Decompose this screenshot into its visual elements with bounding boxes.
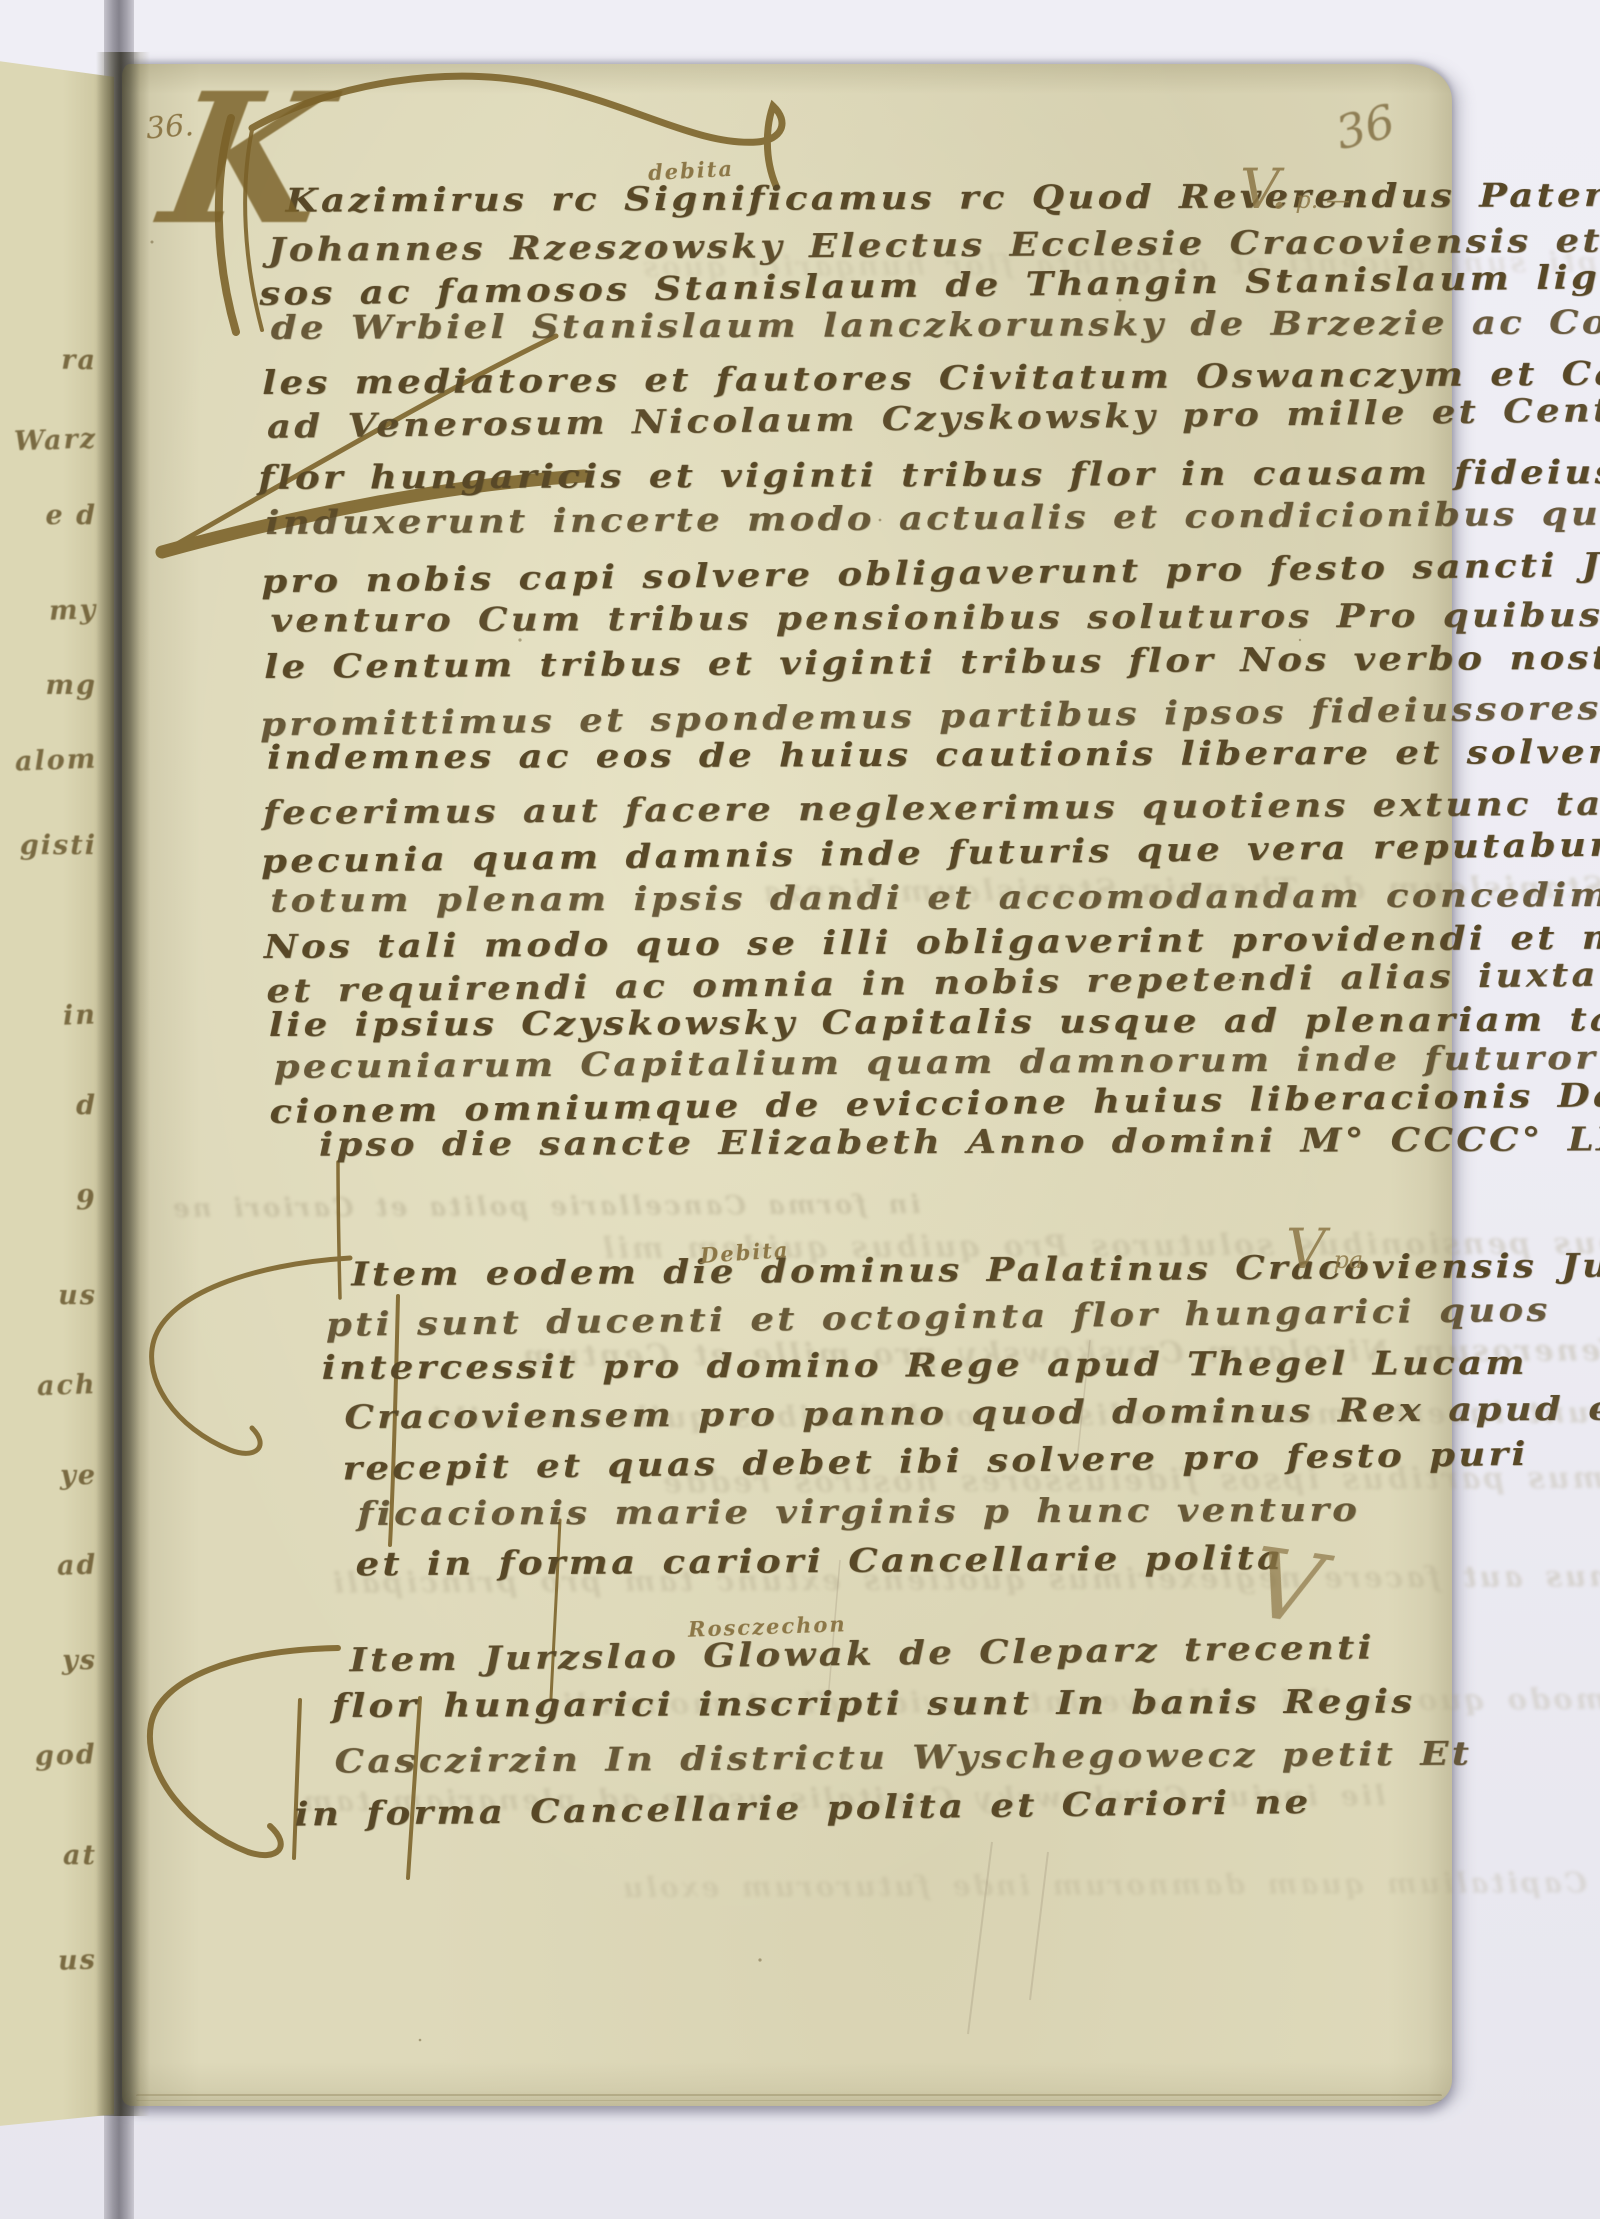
text-line: flor hungaricis et viginti tribus flor i… (258, 451, 1600, 497)
fragment: alom (14, 744, 97, 778)
text-line: Cracoviensem pro panno quod dominus Rex … (344, 1388, 1600, 1437)
text-line: induxerunt incerte modo actualis et cond… (265, 492, 1600, 543)
text-line: flor hungarici inscripti sunt In banis R… (332, 1681, 1416, 1726)
fragment: d (76, 1090, 97, 1121)
fragment: ys (62, 1645, 97, 1676)
fragment: gisti (20, 830, 97, 861)
fragment: e d (46, 500, 97, 531)
margin-mark-top: V. p. — (1240, 168, 1350, 214)
text-block: Kazimirus rc Significamus rc Quod Revere… (255, 0, 1600, 2219)
text-line: recepit et quas debet ibi solvere pro fe… (342, 1434, 1529, 1489)
decorated-initial: K (152, 70, 340, 250)
text-line: venturo Cum tribus pensionibus soluturos… (270, 594, 1600, 641)
fragment: in (63, 999, 98, 1031)
fragment: ra (61, 345, 97, 376)
facing-page-fragments: ra Warz e d my mg alom gisti in d 9 us a… (0, 0, 102, 2219)
fragment: at (63, 1840, 97, 1871)
folio-number-left: 36. (145, 108, 196, 147)
fragment: 9 (76, 1185, 98, 1217)
text-line: et in forma cariori Cancellarie polita (355, 1538, 1284, 1584)
text-line: Item eodem die dominus Palatinus Cracovi… (351, 1245, 1600, 1294)
text-line: ficacionis marie virginis p hunc venturo (357, 1490, 1360, 1534)
text-line: pro nobis capi solvere obligaverunt pro … (261, 541, 1600, 602)
fragment: mg (46, 670, 97, 701)
text-line: fecerimus aut facere neglexerimus quotie… (263, 781, 1600, 833)
fragment: Warz (13, 424, 97, 458)
text-line: Casczirzin In districtu Wyschegowecz pet… (334, 1734, 1472, 1782)
text-line: Kazimirus rc Significamus rc Quod Revere… (285, 174, 1600, 220)
heading-debita-1: debita (647, 156, 734, 185)
text-line: in forma Cancellarie polita et Cariori n… (294, 1782, 1311, 1835)
fragment: my (48, 594, 97, 627)
text-line: pti sunt ducenti et octoginta flor hunga… (326, 1290, 1551, 1345)
fragment: us (58, 1944, 98, 1976)
fragment: ye (60, 1460, 97, 1491)
manuscript-scan: pti sunt ducenti et octoginta flor hunga… (0, 0, 1600, 2219)
fragment: god (35, 1739, 98, 1772)
fragment: ad (56, 1549, 97, 1581)
text-line: Item Jurzslao Glowak de Cleparz trecenti (349, 1627, 1375, 1680)
margin-mark-paragraph2: V pa (1286, 1228, 1363, 1274)
text-line: totum plenam ipsis dandi et accomodandam… (270, 874, 1600, 921)
margin-mark-paragraph3: V (1247, 1544, 1327, 1635)
text-line: ipso die sancte Elizabeth Anno domini M°… (319, 1119, 1600, 1165)
fragment: us (58, 1280, 97, 1311)
text-line: de Wrbiel Stanislaum lanczkorunsky de Br… (271, 302, 1600, 348)
text-line: indemnes ac eos de huius cautionis liber… (267, 730, 1600, 777)
fragment: ach (37, 1369, 98, 1402)
text-line: le Centum tribus et viginti tribus flor … (264, 636, 1600, 687)
text-line: intercessit pro domino Rege apud Thegel … (322, 1343, 1528, 1388)
